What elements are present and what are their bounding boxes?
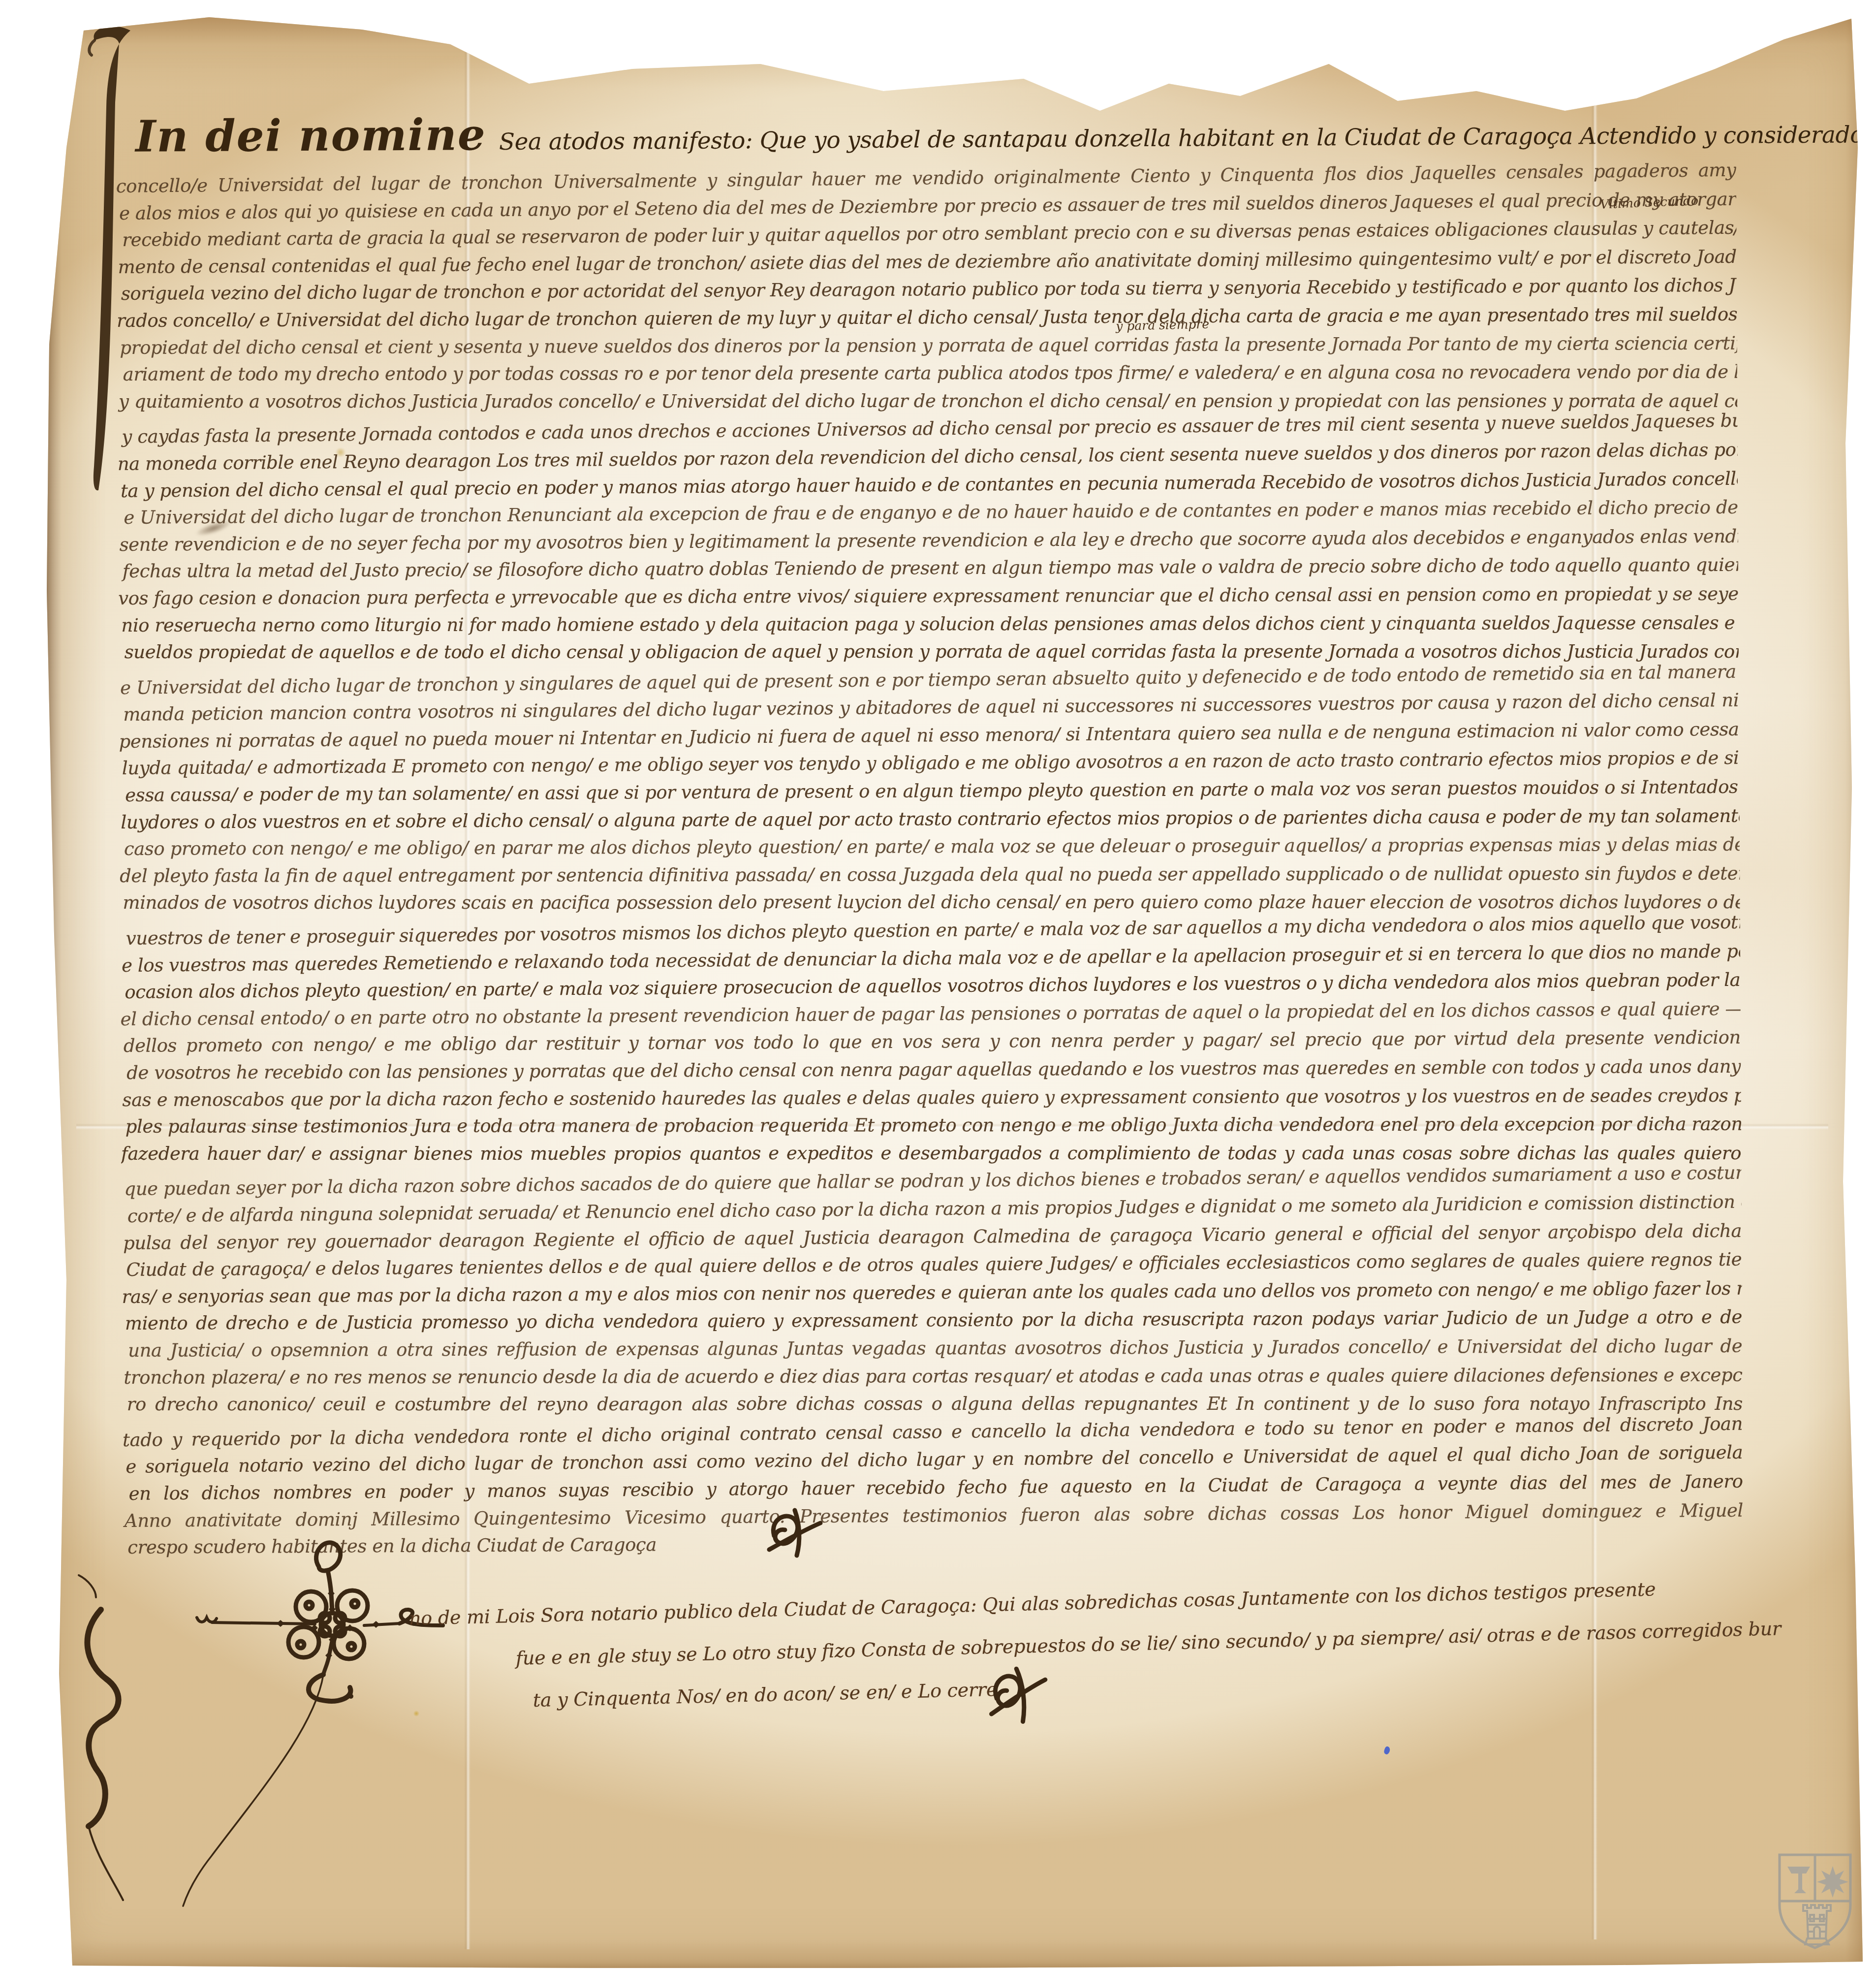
manuscript-line: vos fago cesion e donacion pura perfecta… [118,580,1738,613]
blue-fleck [1383,1746,1391,1755]
tau-cross-icon [1787,1867,1810,1893]
parchment-sheet: In dei nomine Sea atodos manifesto: Que … [47,10,1868,1968]
paraph-flourish [984,1661,1054,1731]
manuscript-line: nio reseruecha nerno como liturgio ni fo… [118,609,1738,639]
manuscript-line: una Justicia/ o opsemnion a otra sines r… [122,1333,1742,1365]
manuscript-line: rados concello/ e Universidat del dicho … [117,301,1737,335]
notary-attestation-block: no de mi Lois Sora notario publico dela … [408,1563,1863,1724]
manuscript-line: de vosotros he recebido con las pensione… [121,1053,1741,1087]
manuscript-lines: concello/e Universidat del lugar de tron… [116,160,1744,1562]
manuscript-text-block: In dei nomine Sea atodos manifesto: Que … [116,102,1743,1562]
manuscript-line: caso prometo con nengo/ e me obligo/ en … [120,831,1740,863]
paraph-flourish [765,1506,824,1560]
manuscript-line: ariament de todo my drecho entodo y por … [117,358,1737,389]
manuscript-line: tronchon plazera/ e no res menos se renu… [122,1361,1742,1392]
manuscript-line: ples palauras sinse testimonios Jura e t… [121,1111,1741,1141]
opening-line-rest: Sea atodos manifesto: Que yo ysabel de s… [499,120,1876,156]
manuscript-line: propiedat del dicho censal et cient y se… [117,329,1737,362]
scanned-document-canvas: In dei nomine Sea atodos manifesto: Que … [0,0,1876,1969]
castle-tower-icon [1803,1905,1831,1944]
eight-pointed-star-icon [1817,1866,1848,1898]
manuscript-line: del pleyto fasta la fin de aquel entrega… [120,860,1740,890]
notarial-signum [49,1516,453,1920]
manuscript-line: sas e menoscabos que por la dicha razon … [121,1081,1741,1114]
interlinear-insertion: y para siempre [1116,317,1209,333]
archive-shield-watermark [1776,1852,1854,1950]
opening-words: In dei nomine [135,109,486,162]
